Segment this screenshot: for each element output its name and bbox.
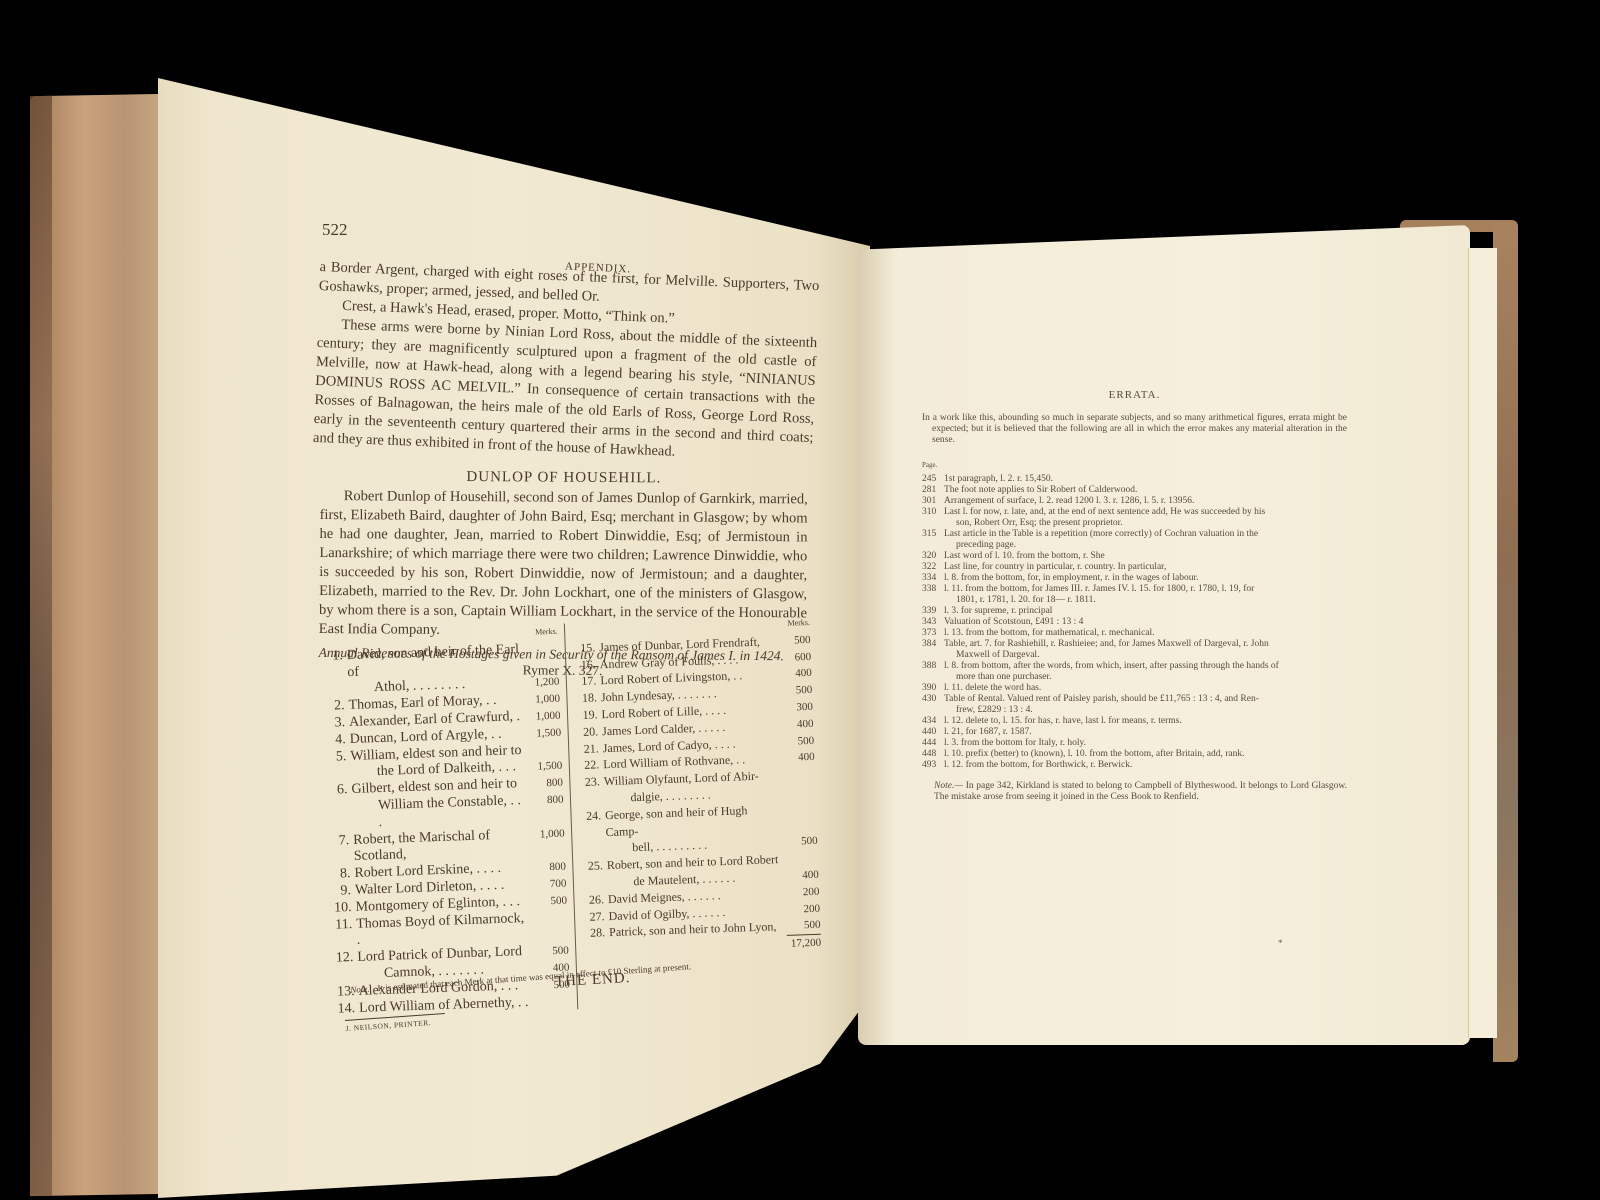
heraldry-section: a Border Argent, charged with eight rose… <box>313 258 820 467</box>
erratum-page: 334 <box>922 573 944 584</box>
erratum-line: l. 8. from bottom, after the words, from… <box>944 661 1279 671</box>
row-number: 17. <box>574 673 601 691</box>
merks-value: 800 <box>528 859 567 877</box>
merks-value: 400 <box>773 665 812 683</box>
merks-value: 500 <box>531 943 570 961</box>
erratum-page: 388 <box>922 661 944 683</box>
erratum-page: 430 <box>922 694 944 716</box>
merks-value: 700 <box>528 876 567 894</box>
erratum-entry: 310Last l. for now, r. late, and, at the… <box>922 507 1347 529</box>
page-number: 522 <box>322 220 348 240</box>
merks-value <box>778 783 817 801</box>
erratum-entry: 343Valuation of Scotstoun, £491 : 13 : 4 <box>922 617 1347 628</box>
erratum-page: 310 <box>922 507 944 529</box>
erratum-text: l. 12. from the bottom, for Borthwick, r… <box>944 760 1347 771</box>
erratum-continuation: more than one purchaser. <box>944 672 1347 683</box>
row-number: 10. <box>329 900 356 918</box>
merks-value: 1,000 <box>522 691 561 709</box>
row-number: 26. <box>582 891 609 909</box>
row-number: 20. <box>576 723 603 741</box>
section-heading: DUNLOP OF HOUSEHILL. <box>320 468 808 488</box>
erratum-line: Last l. for now, r. late, and, at the en… <box>944 507 1265 517</box>
errata-intro: In a work like this, abounding so much i… <box>922 413 1347 446</box>
merks-value: 1,200 <box>521 674 560 692</box>
erratum-page: 440 <box>922 727 944 738</box>
erratum-line: l. 12. from the bottom, for Borthwick, r… <box>944 760 1132 770</box>
erratum-text: The foot note applies to Sir Robert of C… <box>944 485 1347 496</box>
erratum-line: Last line, for country in particular, r.… <box>944 562 1166 572</box>
merks-value: 1,500 <box>523 724 562 742</box>
merks-value: 1,000 <box>526 825 565 860</box>
erratum-text: Last l. for now, r. late, and, at the en… <box>944 507 1347 529</box>
erratum-text: Last line, for country in particular, r.… <box>944 562 1347 573</box>
row-number: 15. <box>573 639 600 657</box>
erratum-line: Valuation of Scotstoun, £491 : 13 : 4 <box>944 617 1083 627</box>
row-number: 7. <box>327 833 354 867</box>
erratum-line: l. 10. prefix (better) to (known), l. 10… <box>944 749 1245 759</box>
merks-value: 500 <box>782 917 821 935</box>
merks-value: 300 <box>775 699 814 717</box>
erratum-entry: 434l. 12. delete to, l. 15. for has, r. … <box>922 716 1347 727</box>
row-number: 18. <box>575 689 602 707</box>
errata-title: ERRATA. <box>922 390 1347 401</box>
erratum-page: 315 <box>922 529 944 551</box>
row-number: 28. <box>583 924 610 942</box>
erratum-text: l. 8. from bottom, after the words, from… <box>944 661 1347 683</box>
row-number: 1. <box>321 648 348 682</box>
merks-value <box>780 850 819 868</box>
erratum-entry: 339l. 3. for supreme, r. principal <box>922 606 1347 617</box>
erratum-text: Arrangement of surface, l. 2. read 1200 … <box>944 496 1347 507</box>
merks-value: 500 <box>774 682 813 700</box>
erratum-line: Last article in the Table is a repetitio… <box>944 529 1258 539</box>
row-number: 5. <box>324 749 351 767</box>
erratum-page: 245 <box>922 474 944 485</box>
erratum-entry: 448l. 10. prefix (better) to (known), l.… <box>922 749 1347 760</box>
errata-section: ERRATA. In a work like this, abounding s… <box>922 390 1347 803</box>
erratum-continuation: Maxwell of Dargeval. <box>944 650 1347 661</box>
erratum-line: l. 3. from the bottom for Italy, r. holy… <box>944 738 1086 748</box>
erratum-entry: 493l. 12. from the bottom, for Borthwick… <box>922 760 1347 771</box>
note-label: Note. <box>350 984 370 995</box>
merks-value: 800 <box>525 792 564 827</box>
erratum-text: l. 11. delete the word has. <box>944 683 1347 694</box>
row-number: 3. <box>323 715 350 733</box>
erratum-entry: 444l. 3. from the bottom for Italy, r. h… <box>922 738 1347 749</box>
erratum-line: The foot note applies to Sir Robert of C… <box>944 485 1137 495</box>
erratum-line: l. 11. delete the word has. <box>944 683 1041 693</box>
erratum-text: l. 3. for supreme, r. principal <box>944 606 1347 617</box>
hostages-table: Merks. 1.David, son and heir of the Earl… <box>320 615 823 1018</box>
row-number: 23. <box>578 773 605 791</box>
erratum-entry: 2451st paragraph, l. 2. r. 15,450. <box>922 474 1347 485</box>
erratum-line: 1st paragraph, l. 2. r. 15,450. <box>944 474 1053 484</box>
erratum-line: Table of Rental. Valued rent of Paisley … <box>944 694 1259 704</box>
erratum-page: 322 <box>922 562 944 573</box>
erratum-text: l. 13. from the bottom, for mathematical… <box>944 628 1347 639</box>
merks-value: 1,500 <box>524 758 563 776</box>
erratum-page: 448 <box>922 749 944 760</box>
erratum-page: 444 <box>922 738 944 749</box>
row-number: 19. <box>575 706 602 724</box>
erratum-page: 281 <box>922 485 944 496</box>
erratum-entry: 338l. 11. from the bottom, for James III… <box>922 584 1347 606</box>
row-number: 14. <box>333 1000 360 1018</box>
erratum-page: 338 <box>922 584 944 606</box>
erratum-page: 493 <box>922 760 944 771</box>
erratum-line: l. 13. from the bottom, for mathematical… <box>944 628 1155 638</box>
merks-value <box>778 800 817 835</box>
erratum-line: l. 8. from the bottom, for, in employmen… <box>944 573 1199 583</box>
page-edge-strip <box>1468 248 1497 1038</box>
erratum-continuation: son, Robert Orr, Esq; the present propri… <box>944 518 1347 529</box>
erratum-entry: 430Table of Rental. Valued rent of Paisl… <box>922 694 1347 716</box>
erratum-page: 343 <box>922 617 944 628</box>
erratum-entry: 388l. 8. from bottom, after the words, f… <box>922 661 1347 683</box>
erratum-page: 320 <box>922 551 944 562</box>
row-number: 21. <box>576 740 603 758</box>
erratum-entry: 440l. 21, for 1687, r. 1587. <box>922 727 1347 738</box>
merks-value: 600 <box>773 648 812 666</box>
paragraph: These arms were borne by Ninian Lord Ros… <box>313 315 818 467</box>
merks-value: 500 <box>772 632 811 650</box>
row-number: 2. <box>322 698 349 716</box>
row-number: 22. <box>577 757 604 775</box>
erratum-entry: 315Last article in the Table is a repeti… <box>922 529 1347 551</box>
merks-value <box>520 640 559 675</box>
erratum-text: Last word of l. 10. from the bottom, r. … <box>944 551 1347 562</box>
merks-value: 200 <box>782 900 821 918</box>
erratum-text: l. 12. delete to, l. 15. for has, r. hav… <box>944 716 1347 727</box>
erratum-line: l. 11. from the bottom, for James III. r… <box>944 584 1254 594</box>
erratum-text: l. 10. prefix (better) to (known), l. 10… <box>944 749 1347 760</box>
erratum-text: 1st paragraph, l. 2. r. 15,450. <box>944 474 1347 485</box>
merks-value: 400 <box>781 867 820 885</box>
row-number: 11. <box>330 916 357 950</box>
signature-mark: * <box>1278 938 1283 948</box>
erratum-text: Table, art. 7. for Rashiehill, r. Rashie… <box>944 639 1347 661</box>
row-number: 8. <box>328 866 355 884</box>
erratum-page: 301 <box>922 496 944 507</box>
erratum-entry: 390l. 11. delete the word has. <box>922 683 1347 694</box>
merks-value: 500 <box>779 833 818 851</box>
erratum-entry: 322Last line, for country in particular,… <box>922 562 1347 573</box>
merks-value: 500 <box>776 732 815 750</box>
merks-value <box>532 993 571 1011</box>
erratum-text: Last article in the Table is a repetitio… <box>944 529 1347 551</box>
erratum-entry: 334l. 8. from the bottom, for, in employ… <box>922 573 1347 584</box>
erratum-text: l. 21, for 1687, r. 1587. <box>944 727 1347 738</box>
erratum-page: 373 <box>922 628 944 639</box>
merks-value: 1,000 <box>522 708 561 726</box>
erratum-entry: 320Last word of l. 10. from the bottom, … <box>922 551 1347 562</box>
erratum-page: 339 <box>922 606 944 617</box>
row-number: 25. <box>581 857 608 875</box>
table-column-right: Merks. 15.James of Dunbar, Lord Frendraf… <box>564 615 823 1010</box>
row-number: 9. <box>329 883 356 901</box>
erratum-entry: 373l. 13. from the bottom, for mathemati… <box>922 628 1347 639</box>
merks-value: 400 <box>776 749 815 767</box>
erratum-line: Table, art. 7. for Rashiehill, r. Rashie… <box>944 639 1269 649</box>
merks-value <box>777 766 816 784</box>
erratum-entry: 384Table, art. 7. for Rashiehill, r. Ras… <box>922 639 1347 661</box>
note-label: Note.— <box>934 781 963 791</box>
erratum-continuation: preceding page. <box>944 540 1347 551</box>
erratum-line: l. 12. delete to, l. 15. for has, r. hav… <box>944 716 1182 726</box>
row-number: 16. <box>574 656 601 674</box>
merks-value: 500 <box>529 892 568 910</box>
erratum-page: 384 <box>922 639 944 661</box>
erratum-line: Arrangement of surface, l. 2. read 1200 … <box>944 496 1194 506</box>
merks-value <box>523 741 562 759</box>
erratum-entry: 301Arrangement of surface, l. 2. read 12… <box>922 496 1347 507</box>
row-number: 4. <box>324 732 351 750</box>
book-fore-edge-left <box>30 94 165 1196</box>
page-column-label: Page. <box>922 460 1347 471</box>
merks-value: 800 <box>525 775 564 793</box>
row-number: 27. <box>582 908 609 926</box>
erratum-page: 434 <box>922 716 944 727</box>
note-text: In page 342, Kirkland is stated to belon… <box>934 781 1347 802</box>
merks-value: 400 <box>775 716 814 734</box>
errata-note: Note.—In page 342, Kirkland is stated to… <box>922 781 1347 803</box>
erratum-continuation: frew, £2829 : 13 : 4. <box>944 705 1347 716</box>
table-column-left: Merks. 1.David, son and heir of the Earl… <box>320 623 578 1018</box>
erratum-line: l. 3. for supreme, r. principal <box>944 606 1052 616</box>
erratum-page: 390 <box>922 683 944 694</box>
row-number: 24. <box>579 807 606 841</box>
erratum-text: Valuation of Scotstoun, £491 : 13 : 4 <box>944 617 1347 628</box>
erratum-text: l. 3. from the bottom for Italy, r. holy… <box>944 738 1347 749</box>
open-book-photo: 522 APPENDIX. a Border Argent, charged w… <box>0 0 1600 1200</box>
erratum-text: Table of Rental. Valued rent of Paisley … <box>944 694 1347 716</box>
erratum-continuation: 1801, r. 1781, l. 20. for 18— r. 1811. <box>944 595 1347 606</box>
erratum-line: Last word of l. 10. from the bottom, r. … <box>944 551 1105 561</box>
erratum-text: l. 11. from the bottom, for James III. r… <box>944 584 1347 606</box>
merks-value: 200 <box>781 883 820 901</box>
merks-value <box>529 909 568 944</box>
row-number: 6. <box>325 782 352 800</box>
erratum-line: l. 21, for 1687, r. 1587. <box>944 727 1032 737</box>
row-number: 12. <box>331 950 358 968</box>
erratum-entry: 281The foot note applies to Sir Robert o… <box>922 485 1347 496</box>
errata-list: 2451st paragraph, l. 2. r. 15,450.281The… <box>922 474 1347 771</box>
erratum-text: l. 8. from the bottom, for, in employmen… <box>944 573 1347 584</box>
